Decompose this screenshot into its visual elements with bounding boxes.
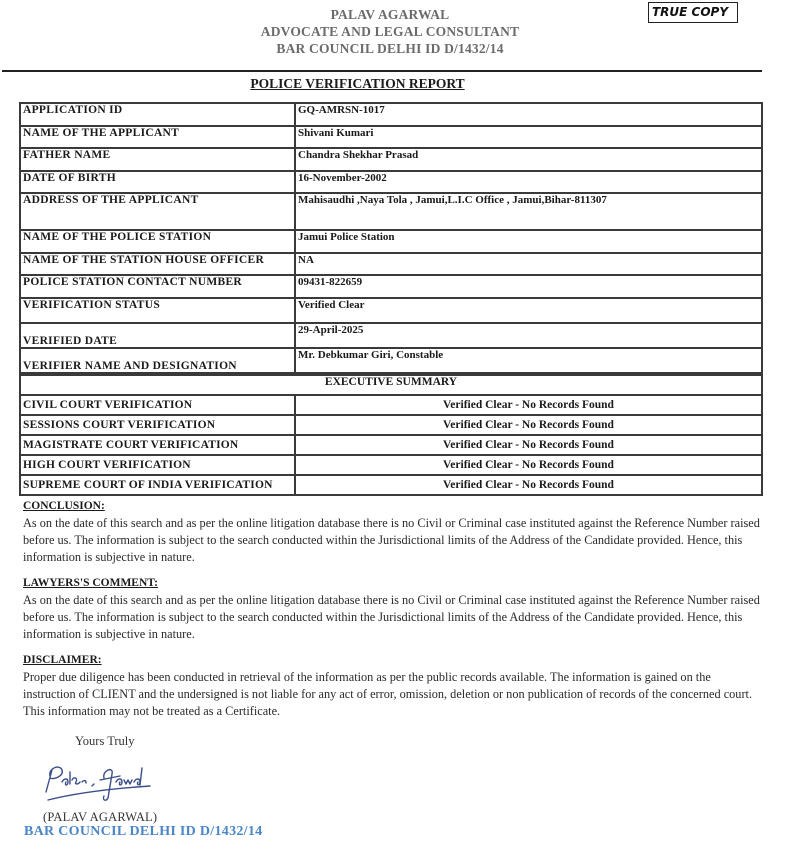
lawyers-comment-section: LAWYERS'S COMMENT: As on the date of thi… — [23, 577, 763, 643]
row-value: Mr. Debkumar Giri, Constable — [295, 348, 762, 373]
table-row: CIVIL COURT VERIFICATIONVerified Clear -… — [20, 395, 762, 415]
signature-icon — [40, 758, 160, 806]
row-value: Mahisaudhi ,Naya Tola , Jamui,L.I.C Offi… — [295, 193, 762, 230]
signer-name: (PALAV AGARWAL) — [43, 810, 157, 825]
executive-summary-table: EXECUTIVE SUMMARY CIVIL COURT VERIFICATI… — [19, 374, 763, 496]
applicant-details-table: APPLICATION IDGQ-AMRSN-1017 NAME OF THE … — [19, 102, 763, 374]
row-value: 09431-822659 — [295, 275, 762, 298]
row-value: 29-April-2025 — [295, 323, 762, 348]
report-title: POLICE VERIFICATION REPORT — [0, 76, 715, 92]
disclaimer-heading: DISCLAIMER: — [23, 654, 763, 667]
court-label: SESSIONS COURT VERIFICATION — [20, 415, 295, 435]
table-row: APPLICATION IDGQ-AMRSN-1017 — [20, 103, 762, 126]
row-label: POLICE STATION CONTACT NUMBER — [20, 275, 295, 298]
executive-summary-heading: EXECUTIVE SUMMARY — [20, 375, 762, 395]
lawyers-comment-heading: LAWYERS'S COMMENT: — [23, 577, 763, 590]
table-row: SUPREME COURT OF INDIA VERIFICATIONVerif… — [20, 475, 762, 495]
table-row: VERIFICATION STATUSVerified Clear — [20, 298, 762, 323]
court-label: HIGH COURT VERIFICATION — [20, 455, 295, 475]
table-row: VERIFIER NAME AND DESIGNATIONMr. Debkuma… — [20, 348, 762, 373]
row-value: 16-November-2002 — [295, 171, 762, 194]
conclusion-text: As on the date of this search and as per… — [23, 515, 763, 566]
court-label: MAGISTRATE COURT VERIFICATION — [20, 435, 295, 455]
row-value: NA — [295, 253, 762, 276]
row-label: NAME OF THE STATION HOUSE OFFICER — [20, 253, 295, 276]
row-label: DATE OF BIRTH — [20, 171, 295, 194]
table-row: ADDRESS OF THE APPLICANTMahisaudhi ,Naya… — [20, 193, 762, 230]
bar-council-id: BAR COUNCIL DELHI ID D/1432/14 — [0, 40, 780, 57]
table-row: HIGH COURT VERIFICATIONVerified Clear - … — [20, 455, 762, 475]
header-divider — [2, 70, 762, 72]
lawyers-comment-text: As on the date of this search and as per… — [23, 592, 763, 643]
row-value: Chandra Shekhar Prasad — [295, 148, 762, 171]
conclusion-heading: CONCLUSION: — [23, 500, 763, 513]
table-row: VERIFIED DATE29-April-2025 — [20, 323, 762, 348]
table-row: MAGISTRATE COURT VERIFICATIONVerified Cl… — [20, 435, 762, 455]
disclaimer-section: DISCLAIMER: Proper due diligence has bee… — [23, 654, 763, 720]
row-value: GQ-AMRSN-1017 — [295, 103, 762, 126]
row-label: ADDRESS OF THE APPLICANT — [20, 193, 295, 230]
disclaimer-text: Proper due diligence has been conducted … — [23, 669, 763, 720]
signer-bar-council-id: BAR COUNCIL DELHI ID D/1432/14 — [24, 824, 262, 840]
table-row: SESSIONS COURT VERIFICATIONVerified Clea… — [20, 415, 762, 435]
table-row: POLICE STATION CONTACT NUMBER09431-82265… — [20, 275, 762, 298]
row-label: FATHER NAME — [20, 148, 295, 171]
row-value: Verified Clear — [295, 298, 762, 323]
court-status: Verified Clear - No Records Found — [295, 455, 762, 475]
table-row: DATE OF BIRTH16-November-2002 — [20, 171, 762, 194]
court-label: CIVIL COURT VERIFICATION — [20, 395, 295, 415]
court-status: Verified Clear - No Records Found — [295, 395, 762, 415]
row-value: Shivani Kumari — [295, 126, 762, 149]
closing-salutation: Yours Truly — [75, 734, 135, 749]
row-label: APPLICATION ID — [20, 103, 295, 126]
court-status: Verified Clear - No Records Found — [295, 415, 762, 435]
advocate-title: ADVOCATE AND LEGAL CONSULTANT — [0, 23, 780, 40]
table-header-row: EXECUTIVE SUMMARY — [20, 375, 762, 395]
court-status: Verified Clear - No Records Found — [295, 435, 762, 455]
row-label: VERIFICATION STATUS — [20, 298, 295, 323]
row-label: VERIFIER NAME AND DESIGNATION — [20, 348, 295, 373]
table-row: FATHER NAMEChandra Shekhar Prasad — [20, 148, 762, 171]
row-label: NAME OF THE APPLICANT — [20, 126, 295, 149]
table-row: NAME OF THE APPLICANTShivani Kumari — [20, 126, 762, 149]
true-copy-stamp: TRUE COPY — [648, 2, 738, 23]
court-status: Verified Clear - No Records Found — [295, 475, 762, 495]
court-label: SUPREME COURT OF INDIA VERIFICATION — [20, 475, 295, 495]
conclusion-section: CONCLUSION: As on the date of this searc… — [23, 500, 763, 566]
table-row: NAME OF THE STATION HOUSE OFFICERNA — [20, 253, 762, 276]
row-label: NAME OF THE POLICE STATION — [20, 230, 295, 253]
row-value: Jamui Police Station — [295, 230, 762, 253]
table-row: NAME OF THE POLICE STATIONJamui Police S… — [20, 230, 762, 253]
row-label: VERIFIED DATE — [20, 323, 295, 348]
